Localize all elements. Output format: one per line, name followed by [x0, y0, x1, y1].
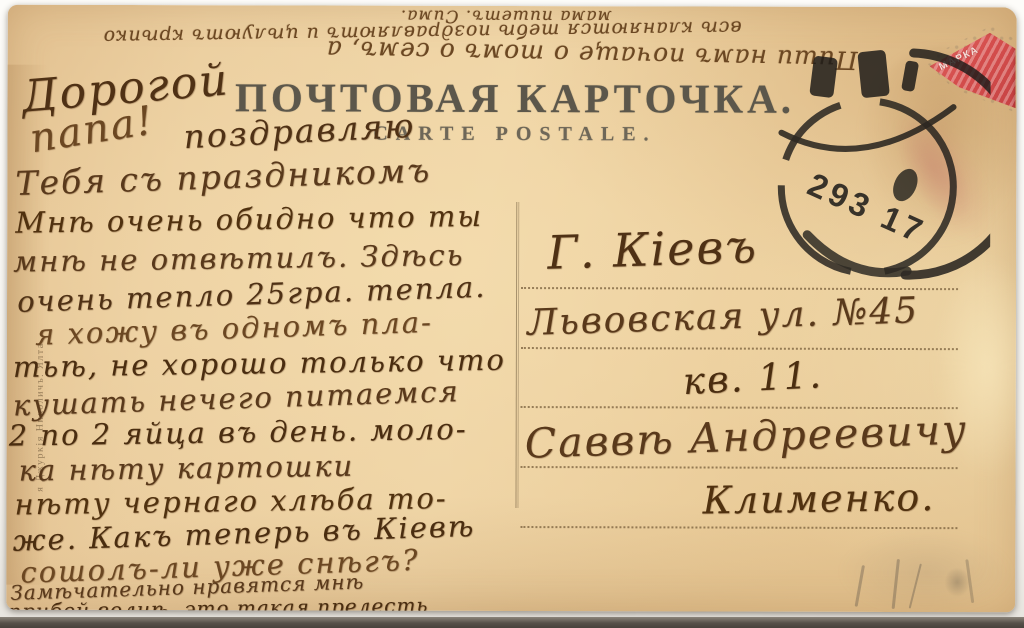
- address-line: Г. Кіевъ: [546, 219, 758, 280]
- address-rule: [521, 466, 958, 469]
- address-line: Львовская ул. №45: [526, 290, 919, 344]
- address-line: Клименко.: [702, 475, 935, 522]
- pencil-mark: [855, 565, 865, 607]
- address-rule: [520, 526, 957, 529]
- postmark-cancel-stamp: 293 17: [755, 35, 991, 291]
- message-line: Мнѣ очень обидно что ты: [15, 199, 483, 240]
- pencil-mark: [909, 564, 922, 609]
- message-line: ка нѣту картошки: [18, 449, 354, 488]
- address-line: кв. 11.: [682, 353, 824, 403]
- postcard: ПОЧТОВАЯ КАРТОЧКА. CARTE POSTALE. Пиши н…: [6, 5, 1017, 613]
- address-rule: [521, 347, 958, 350]
- address-divider-line: [515, 202, 519, 508]
- address-line: Саввѣ Андреевичу: [524, 405, 968, 467]
- message-line: Тебя съ праздникомъ: [15, 151, 432, 203]
- pencil-mark: [892, 559, 900, 609]
- message-line: 2 по 2 яйца въ день. моло-: [8, 412, 467, 453]
- scan-edge-shadow: [0, 617, 1024, 628]
